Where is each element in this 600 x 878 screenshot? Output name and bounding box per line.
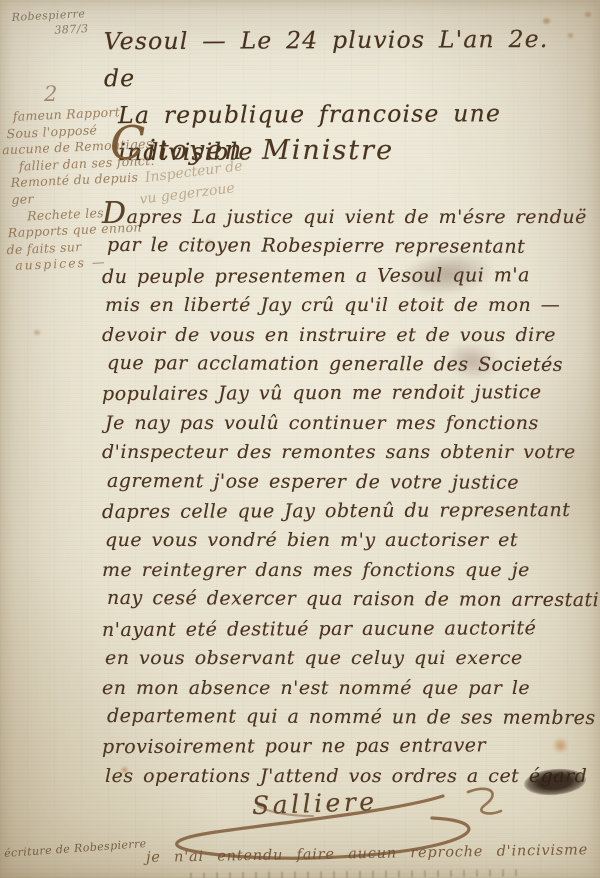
foxing-speck bbox=[585, 12, 591, 17]
foxing-speck bbox=[34, 330, 40, 335]
letter-line: en mon absence n'est nommé que par le bbox=[102, 674, 586, 703]
letter-line: n'ayant eté destitué par aucune auctorit… bbox=[102, 614, 586, 646]
letter-line: me reintegrer dans mes fonctions que je bbox=[102, 556, 586, 585]
letter-line: du peuple presentemen a Vesoul qui m'a bbox=[102, 261, 586, 293]
letter-line: agrement j'ose esperer de votre justice bbox=[107, 467, 586, 498]
letter-line: en vous observant que celuy qui exerce bbox=[105, 644, 586, 673]
letter-body: Dapres La justice qui vient de m'ésre re… bbox=[102, 199, 586, 791]
letter-line: mis en liberté Jay crû qu'il etoit de mo… bbox=[105, 291, 586, 320]
archivist-note: écriture de Robespierre bbox=[4, 837, 147, 860]
letter-line: nay cesé dexercer qua raison de mon arre… bbox=[107, 584, 586, 615]
letter-line: dapres celle que Jay obtenû du represent… bbox=[102, 496, 586, 528]
archival-note-line2: 387/3 bbox=[54, 21, 89, 38]
letter-line: departement qui a nommé un de ses membre… bbox=[107, 702, 586, 733]
letter-line: devoir de vous en instruire et de vous d… bbox=[102, 321, 586, 350]
archival-pencil-note: Robespierre 387/3 bbox=[11, 6, 89, 40]
pen-paraph-mark: 2 bbox=[44, 82, 57, 106]
letter-line: populaires Jay vû quon me rendoit justic… bbox=[102, 378, 586, 410]
letter-line: provisoirement pour ne pas entraver bbox=[102, 731, 586, 763]
letter-line: Je nay pas voulû continuer mes fonctions bbox=[105, 409, 586, 438]
letter-line: par le citoyen Robespierre representant bbox=[107, 231, 586, 262]
salutation: Citoyen Ministre bbox=[110, 116, 394, 170]
letter-line: d'inspecteur des remontes sans obtenir v… bbox=[102, 438, 586, 467]
manuscript-letter-page: Robespierre 387/3 2 Vesoul — Le 24 pluvi… bbox=[0, 0, 600, 878]
letter-line: que par acclamation generalle des Societ… bbox=[107, 349, 586, 380]
letter-line: que vous vondré bien m'y auctoriser et bbox=[105, 526, 586, 555]
letter-line: Dapres La justice qui vient de m'ésre re… bbox=[102, 199, 586, 232]
dateline-place-date: Vesoul — Le 24 pluvios L'an 2e. de bbox=[104, 21, 584, 98]
